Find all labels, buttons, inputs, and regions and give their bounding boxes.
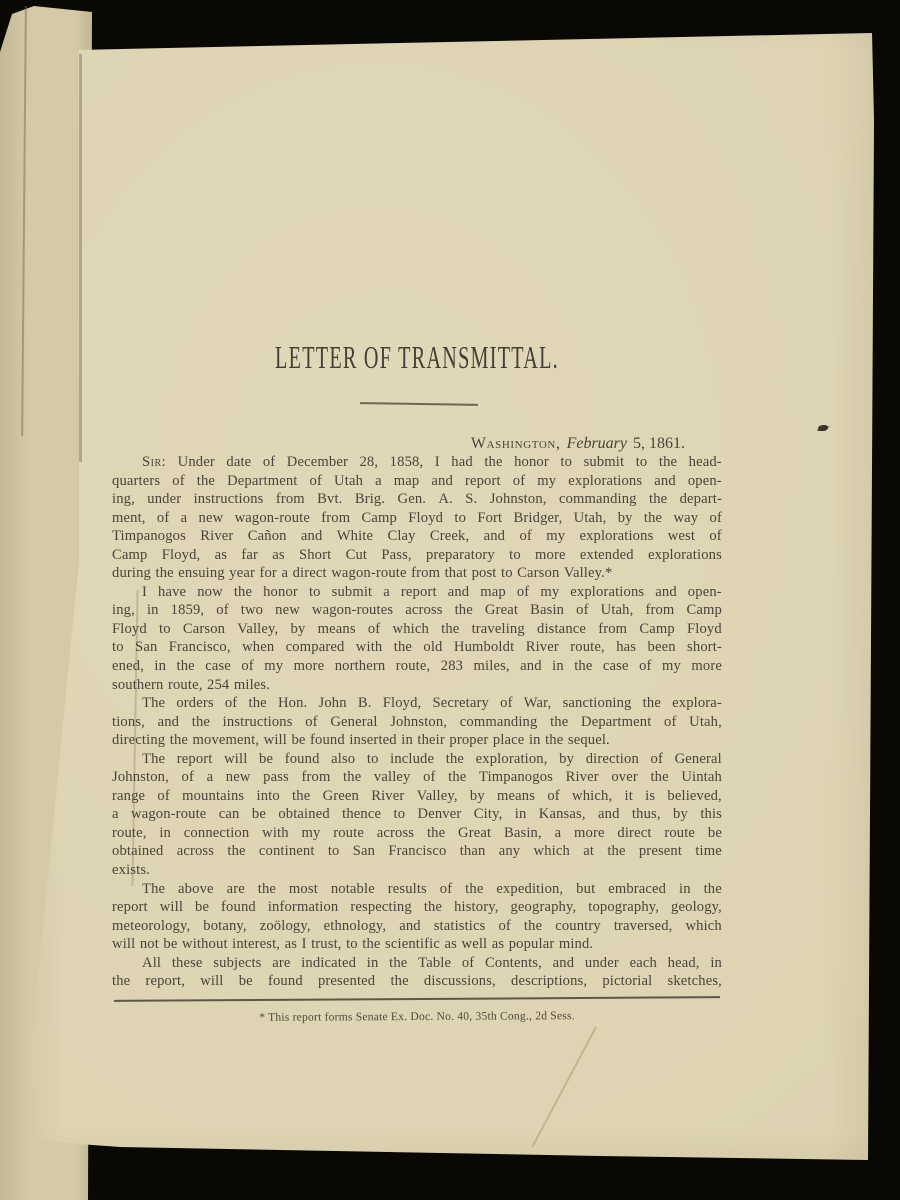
body-text: Sir:UnderdateofDecember28,1858,Ihadtheho…	[112, 454, 722, 992]
paragraph: Theabovearethemostnotableresultsoftheexp…	[112, 881, 722, 955]
text-line: AllthesesubjectsareindicatedintheTableof…	[112, 955, 722, 974]
page-crease	[79, 54, 82, 462]
text-line: awagon-routecanbeobtainedthencetoDenverC…	[112, 806, 722, 825]
scanned-book-photo: LETTER OF TRANSMITTAL. Washington,Februa…	[0, 0, 900, 1200]
text-line: TheordersoftheHon.JohnB.Floyd,Secretaryo…	[112, 695, 722, 714]
paragraph: AllthesesubjectsareindicatedintheTableof…	[112, 955, 722, 992]
text-line: tions,andtheinstructionsofGeneralJohnsto…	[112, 714, 722, 733]
text-line: toSanFrancisco,whencomparedwiththeoldHum…	[112, 639, 722, 658]
text-line: rangeofmountainsintotheGreenRiverValley,…	[112, 788, 722, 807]
text-line: ment,ofanewwagon-routefromCampFloydtoFor…	[112, 510, 722, 529]
dateline-place: Washington,	[471, 435, 561, 452]
text-line: ened,inthecaseofmymorenorthernroute,283m…	[112, 658, 722, 677]
text-line: ing,underinstructionsfromBvt.Brig.Gen.A.…	[112, 491, 722, 510]
text-line: Ihavenowthehonortosubmitareportandmapofm…	[112, 584, 722, 603]
page-title: LETTER OF TRANSMITTAL.	[225, 341, 609, 373]
text-line: Johnston,ofanewpassfromthevalleyoftheTim…	[112, 769, 722, 788]
paragraph: Ihavenowthehonortosubmitareportandmapofm…	[112, 584, 722, 695]
paragraph: Sir:UnderdateofDecember28,1858,Ihadtheho…	[112, 454, 722, 584]
text-line: route,inconnectionwithmyrouteacrosstheGr…	[112, 825, 722, 844]
text-line: Thereportwillbefoundalsotoincludetheexpl…	[112, 751, 722, 770]
text-line: thereport,willbefoundpresentedthediscuss…	[112, 973, 722, 992]
text-line: Sir:UnderdateofDecember28,1858,Ihadtheho…	[112, 454, 722, 473]
text-line: CampFloyd,asfarasShortCutPass,preparator…	[112, 547, 722, 566]
text-line: southernroute,254miles.	[112, 677, 722, 696]
text-line: meteorology,botany,zoölogy,ethnology,and…	[112, 918, 722, 937]
text-line: quartersoftheDepartmentofUtahamapandrepo…	[112, 473, 722, 492]
text-line: Theabovearethemostnotableresultsoftheexp…	[112, 881, 722, 900]
dateline-month: February	[567, 435, 627, 452]
text-line: willnotbewithoutinterest,asItrust,tothes…	[112, 936, 722, 955]
text-line: obtainedacrossthecontinenttoSanFrancisco…	[112, 843, 722, 862]
text-line: directingthemovement,willbefoundinserted…	[112, 732, 722, 751]
text-line: exists.	[112, 862, 722, 881]
dateline: Washington,February5, 1861.	[471, 435, 685, 453]
text-line: ing,in1859,oftwonewwagon-routesacrossthe…	[112, 602, 722, 621]
text-line: FloydtoCarsonValley,bymeansofwhichthetra…	[112, 621, 722, 640]
text-line: duringtheensuingyearforadirectwagon-rout…	[112, 565, 722, 584]
text-line: reportwillbefoundinformationrespectingth…	[112, 899, 722, 918]
paragraph: TheordersoftheHon.JohnB.Floyd,Secretaryo…	[112, 695, 722, 751]
dateline-day-year: 5, 1861.	[633, 435, 685, 452]
paragraph: Thereportwillbefoundalsotoincludetheexpl…	[112, 751, 722, 881]
text-line: TimpanogosRiverCañonandWhiteClayCreek,an…	[112, 528, 722, 547]
